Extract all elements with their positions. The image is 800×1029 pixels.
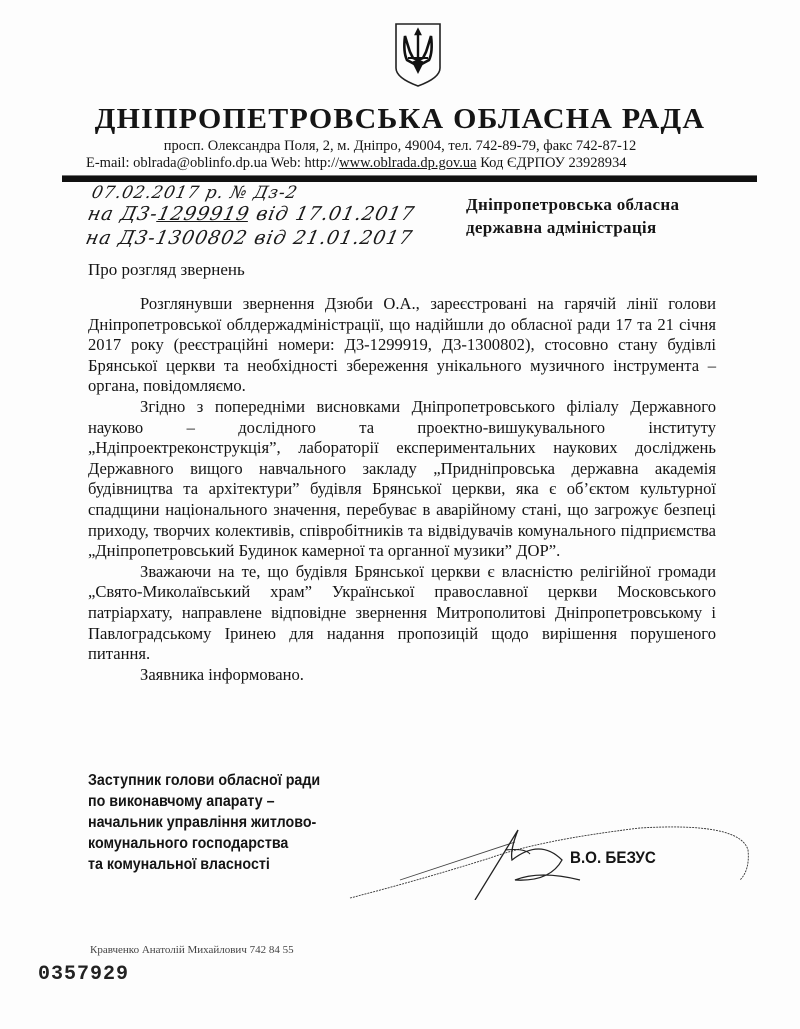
- ukraine-coat-of-arms-icon: [393, 22, 443, 88]
- signatory-title-line: по виконавчому апарату –: [88, 791, 320, 812]
- address-line: просп. Олександра Поля, 2, м. Дніпро, 49…: [0, 138, 800, 155]
- body-paragraph: Розглянувши звернення Дзюби О.А., зареєс…: [88, 294, 716, 397]
- contact-line: E-mail: oblrada@oblinfo.dp.ua Web: http:…: [86, 155, 627, 172]
- contact-prefix: E-mail: oblrada@oblinfo.dp.ua Web: http:…: [86, 155, 339, 171]
- executor-contact: Кравченко Анатолій Михайлович 742 84 55: [90, 944, 294, 956]
- ref-prefix: на Д3-: [86, 203, 161, 225]
- ref-number: 1300802: [154, 227, 250, 249]
- handwritten-reference-1: на Д3-1299919 від 17.01.2017: [86, 203, 417, 225]
- organization-title: ДНІПРОПЕТРОВСЬКА ОБЛАСНА РАДА: [0, 104, 800, 136]
- ref-number: 1299919: [156, 203, 252, 225]
- handwritten-outgoing-number: 07.02.2017 р. № Дз-2: [90, 183, 300, 203]
- letter-subject: Про розгляд звернень: [88, 260, 245, 280]
- recipient-block: Дніпропетровська обласна державна адміні…: [466, 193, 679, 239]
- header-divider: [62, 176, 757, 182]
- document-number: 0357929: [38, 963, 129, 986]
- ref-date: від 21.01.2017: [245, 227, 415, 249]
- letter-body: Розглянувши звернення Дзюби О.А., зареєс…: [88, 294, 716, 685]
- signatory-title: Заступник голови обласної ради по викона…: [88, 770, 320, 875]
- handwritten-signature-icon: [340, 820, 780, 900]
- handwritten-reference-2: на Д3-1300802 від 21.01.2017: [84, 227, 415, 249]
- signatory-title-line: та комунальної власності: [88, 854, 320, 875]
- signatory-name: В.О. БЕЗУС: [570, 849, 656, 868]
- recipient-line: Дніпропетровська обласна: [466, 193, 679, 216]
- body-paragraph: Зважаючи на те, що будівля Брянської цер…: [88, 562, 716, 665]
- signatory-title-line: Заступник голови обласної ради: [88, 770, 320, 791]
- recipient-line: державна адміністрація: [466, 216, 679, 239]
- ref-date: від 17.01.2017: [247, 203, 417, 225]
- signatory-title-line: комунального господарства: [88, 833, 320, 854]
- body-paragraph: Згідно з попередніми висновками Дніпропе…: [88, 397, 716, 562]
- ref-prefix: на Д3-: [84, 227, 159, 249]
- contact-suffix: Код ЄДРПОУ 23928934: [477, 155, 627, 171]
- body-paragraph: Заявника інформовано.: [88, 665, 716, 686]
- website-link[interactable]: www.oblrada.dp.gov.ua: [339, 155, 476, 171]
- signatory-title-line: начальник управління житлово-: [88, 812, 320, 833]
